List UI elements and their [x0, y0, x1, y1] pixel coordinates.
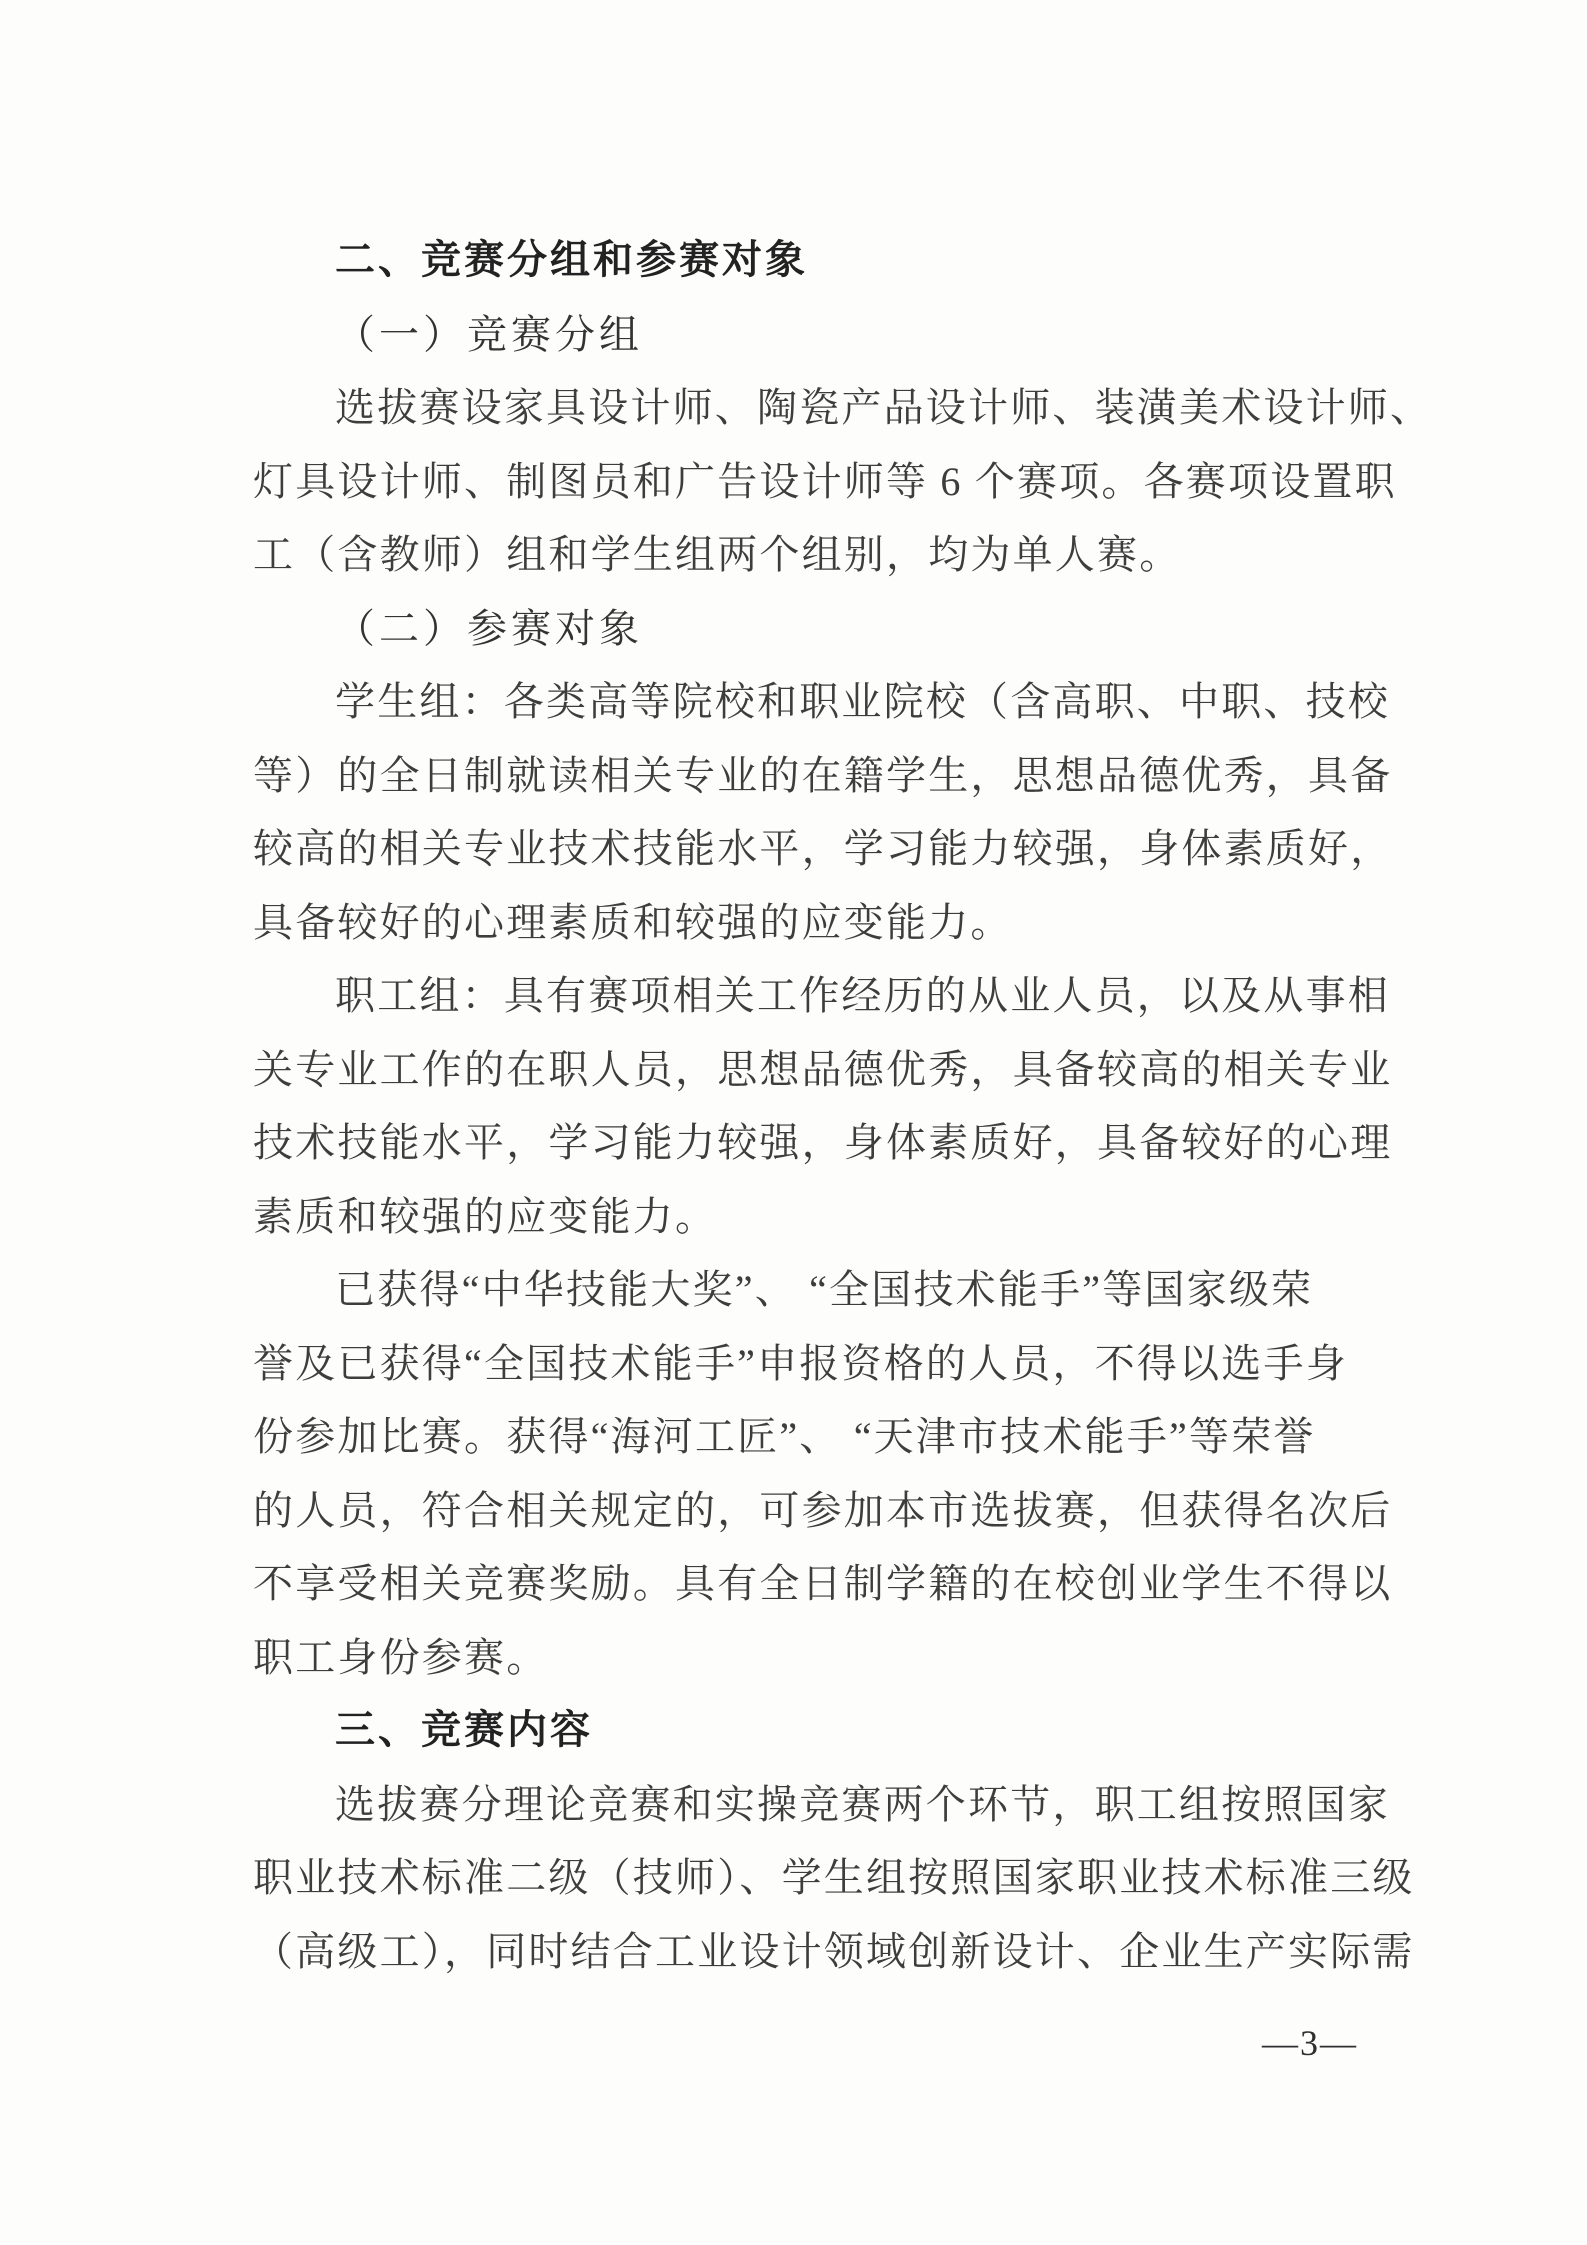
- text-line: 份参加比赛。获得“海河工匠”、 “天津市技术能手”等荣誉: [253, 1400, 1443, 1474]
- document-page: 二、竞赛分组和参赛对象 （一）竞赛分组 选拔赛设家具设计师、陶瓷产品设计师、装潢…: [0, 0, 1587, 2245]
- text-line: 已获得“中华技能大奖”、 “全国技术能手”等国家级荣: [253, 1253, 1443, 1327]
- text-line: 选拔赛分理论竞赛和实操竞赛两个环节，职工组按照国家: [253, 1768, 1443, 1842]
- text-line: 素质和较强的应变能力。: [253, 1180, 1443, 1254]
- text-line: 关专业工作的在职人员，思想品德优秀，具备较高的相关专业: [253, 1033, 1443, 1107]
- text-line: 较高的相关专业技术技能水平，学习能力较强，身体素质好，: [253, 812, 1443, 886]
- text-line: 灯具设计师、制图员和广告设计师等 6 个赛项。各赛项设置职: [253, 445, 1443, 519]
- text-line: 等）的全日制就读相关专业的在籍学生，思想品德优秀，具备: [253, 739, 1443, 813]
- section-subheading: （二）参赛对象: [253, 592, 1443, 666]
- section-subheading: （一）竞赛分组: [253, 298, 1443, 372]
- document-body: 二、竞赛分组和参赛对象 （一）竞赛分组 选拔赛设家具设计师、陶瓷产品设计师、装潢…: [253, 224, 1443, 1988]
- text-line: 的人员，符合相关规定的，可参加本市选拔赛，但获得名次后: [253, 1474, 1443, 1548]
- text-line: 誉及已获得“全国技术能手”申报资格的人员，不得以选手身: [253, 1327, 1443, 1401]
- text-line: 不享受相关竞赛奖励。具有全日制学籍的在校创业学生不得以: [253, 1547, 1443, 1621]
- page-number: —3—: [1262, 2022, 1358, 2064]
- text-line: 学生组：各类高等院校和职业院校（含高职、中职、技校: [253, 665, 1443, 739]
- text-line: 职工身份参赛。: [253, 1621, 1443, 1695]
- text-line: （高级工），同时结合工业设计领域创新设计、企业生产实际需: [253, 1915, 1443, 1989]
- text-line: 职工组：具有赛项相关工作经历的从业人员，以及从事相: [253, 959, 1443, 1033]
- text-line: 技术技能水平，学习能力较强，身体素质好，具备较好的心理: [253, 1106, 1443, 1180]
- section-heading: 三、竞赛内容: [253, 1694, 1443, 1768]
- text-line: 工（含教师）组和学生组两个组别，均为单人赛。: [253, 518, 1443, 592]
- text-line: 具备较好的心理素质和较强的应变能力。: [253, 886, 1443, 960]
- text-line: 选拔赛设家具设计师、陶瓷产品设计师、装潢美术设计师、: [253, 371, 1443, 445]
- text-line: 职业技术标准二级（技师）、学生组按照国家职业技术标准三级: [253, 1841, 1443, 1915]
- section-heading: 二、竞赛分组和参赛对象: [253, 224, 1443, 298]
